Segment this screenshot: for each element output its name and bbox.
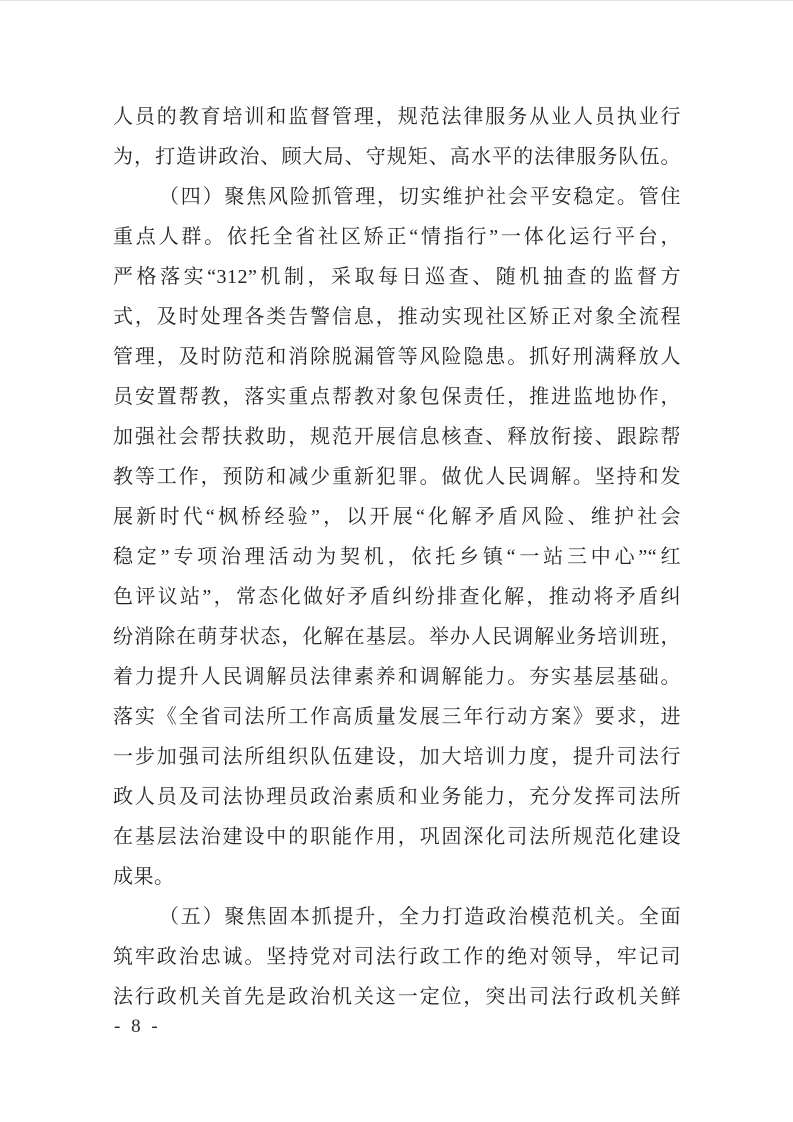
body-line: 稳定”专项治理活动为契机，依托乡镇“一站三中心”“红	[113, 537, 681, 577]
section-heading-line: （四）聚焦风险抓管理，切实维护社会平安稳定。管住	[113, 177, 681, 217]
body-line: 着力提升人民调解员法律素养和调解能力。夯实基层基础。	[113, 657, 681, 697]
body-line: 色评议站”，常态化做好矛盾纠纷排查化解，推动将矛盾纠	[113, 577, 681, 617]
body-line: 成果。	[113, 857, 681, 897]
document-body: 人员的教育培训和监督管理，规范法律服务从业人员执业行 为，打造讲政治、顾大局、守…	[113, 97, 681, 1017]
body-line: 教等工作，预防和减少重新犯罪。做优人民调解。坚持和发	[113, 457, 681, 497]
body-line: 落实《全省司法所工作高质量发展三年行动方案》要求，进	[113, 697, 681, 737]
body-line: 法行政机关首先是政治机关这一定位，突出司法行政机关鲜	[113, 977, 681, 1017]
body-line: 纷消除在萌芽状态，化解在基层。举办人民调解业务培训班，	[113, 617, 681, 657]
body-line: 展新时代“枫桥经验”，以开展“化解矛盾风险、维护社会	[113, 497, 681, 537]
body-line: 式，及时处理各类告警信息，推动实现社区矫正对象全流程	[113, 297, 681, 337]
body-line: 严格落实“312”机制，采取每日巡查、随机抽查的监督方	[113, 257, 681, 297]
body-line: 人员的教育培训和监督管理，规范法律服务从业人员执业行	[113, 97, 681, 137]
body-line: 管理，及时防范和消除脱漏管等风险隐患。抓好刑满释放人	[113, 337, 681, 377]
body-line: 政人员及司法协理员政治素质和业务能力，充分发挥司法所	[113, 777, 681, 817]
document-page: 人员的教育培训和监督管理，规范法律服务从业人员执业行 为，打造讲政治、顾大局、守…	[0, 0, 793, 1122]
page-top-edge	[0, 0, 793, 1]
body-line: 一步加强司法所组织队伍建设，加大培训力度，提升司法行	[113, 737, 681, 777]
body-line: 为，打造讲政治、顾大局、守规矩、高水平的法律服务队伍。	[113, 137, 681, 177]
body-line: 员安置帮教，落实重点帮教对象包保责任，推进监地协作，	[113, 377, 681, 417]
body-line: 筑牢政治忠诚。坚持党对司法行政工作的绝对领导，牢记司	[113, 937, 681, 977]
body-line: 在基层法治建设中的职能作用，巩固深化司法所规范化建设	[113, 817, 681, 857]
body-line: 加强社会帮扶救助，规范开展信息核查、释放衔接、跟踪帮	[113, 417, 681, 457]
page-number: - 8 -	[114, 1013, 161, 1041]
body-line: 重点人群。依托全省社区矫正“情指行”一体化运行平台，	[113, 217, 681, 257]
section-heading-line: （五）聚焦固本抓提升，全力打造政治模范机关。全面	[113, 897, 681, 937]
